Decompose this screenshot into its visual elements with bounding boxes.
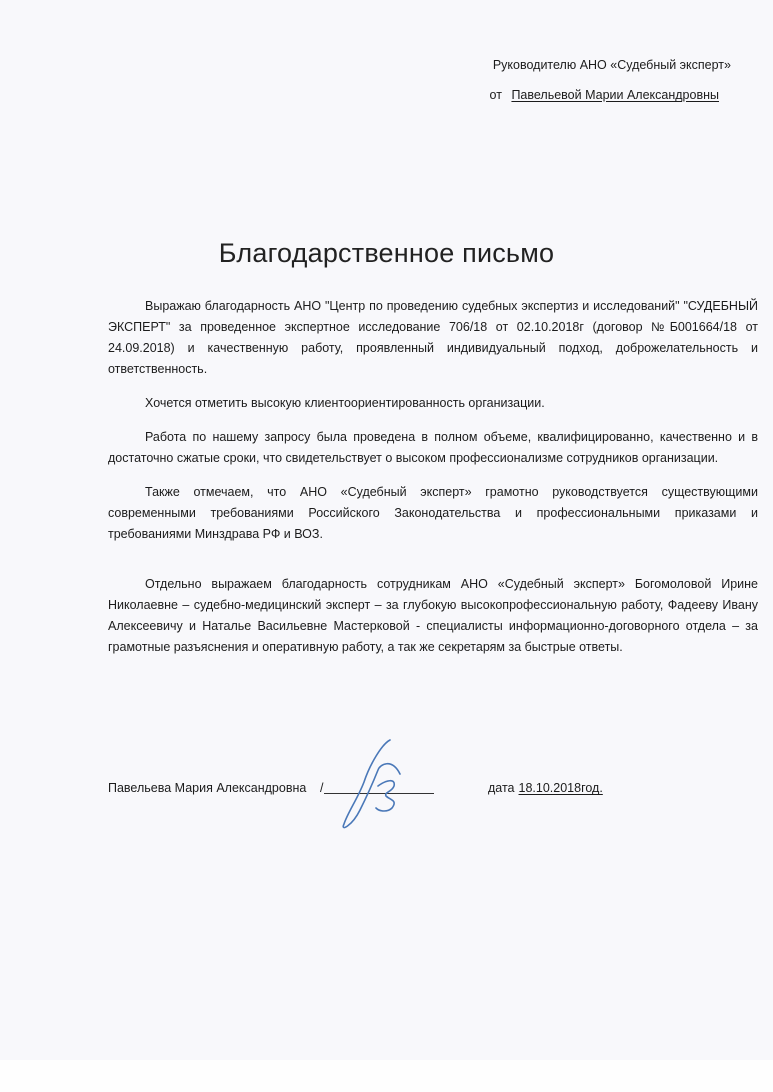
date-value: 18.10.2018год. [515, 781, 611, 795]
paragraph-gratitude: Выражаю благодарность АНО "Центр по пров… [108, 296, 758, 380]
paragraph-client-focus: Хочется отметить высокую клиентоориентир… [108, 393, 758, 414]
letter-title: Благодарственное письмо [0, 238, 773, 269]
paragraph-compliance: Также отмечаем, что АНО «Судебный экспер… [108, 482, 758, 545]
date-label: дата [488, 781, 515, 795]
signatory-name: Павельева Мария Александровна [108, 778, 306, 798]
scan-margin [0, 1060, 773, 1092]
letter-body: Выражаю благодарность АНО "Центр по пров… [108, 296, 758, 671]
date-block: дата18.10.2018год. [488, 778, 611, 798]
signature-slash: / [320, 778, 323, 798]
paragraph-staff-thanks: Отдельно выражаем благодарность сотрудни… [108, 574, 758, 658]
handwritten-signature-icon [330, 734, 420, 834]
addressee-block: Руководителю АНО «Судебный эксперт» от П… [490, 50, 731, 110]
signature-row: Павельева Мария Александровна / дата18.1… [108, 778, 758, 798]
addressee-to: Руководителю АНО «Судебный эксперт» [490, 50, 731, 80]
addressee-from: от Павельевой Марии Александровны [490, 80, 731, 110]
from-name: Павельевой Марии Александровны [505, 88, 731, 102]
from-label: от [490, 88, 502, 102]
paragraph-quality: Работа по нашему запросу была проведена … [108, 427, 758, 469]
